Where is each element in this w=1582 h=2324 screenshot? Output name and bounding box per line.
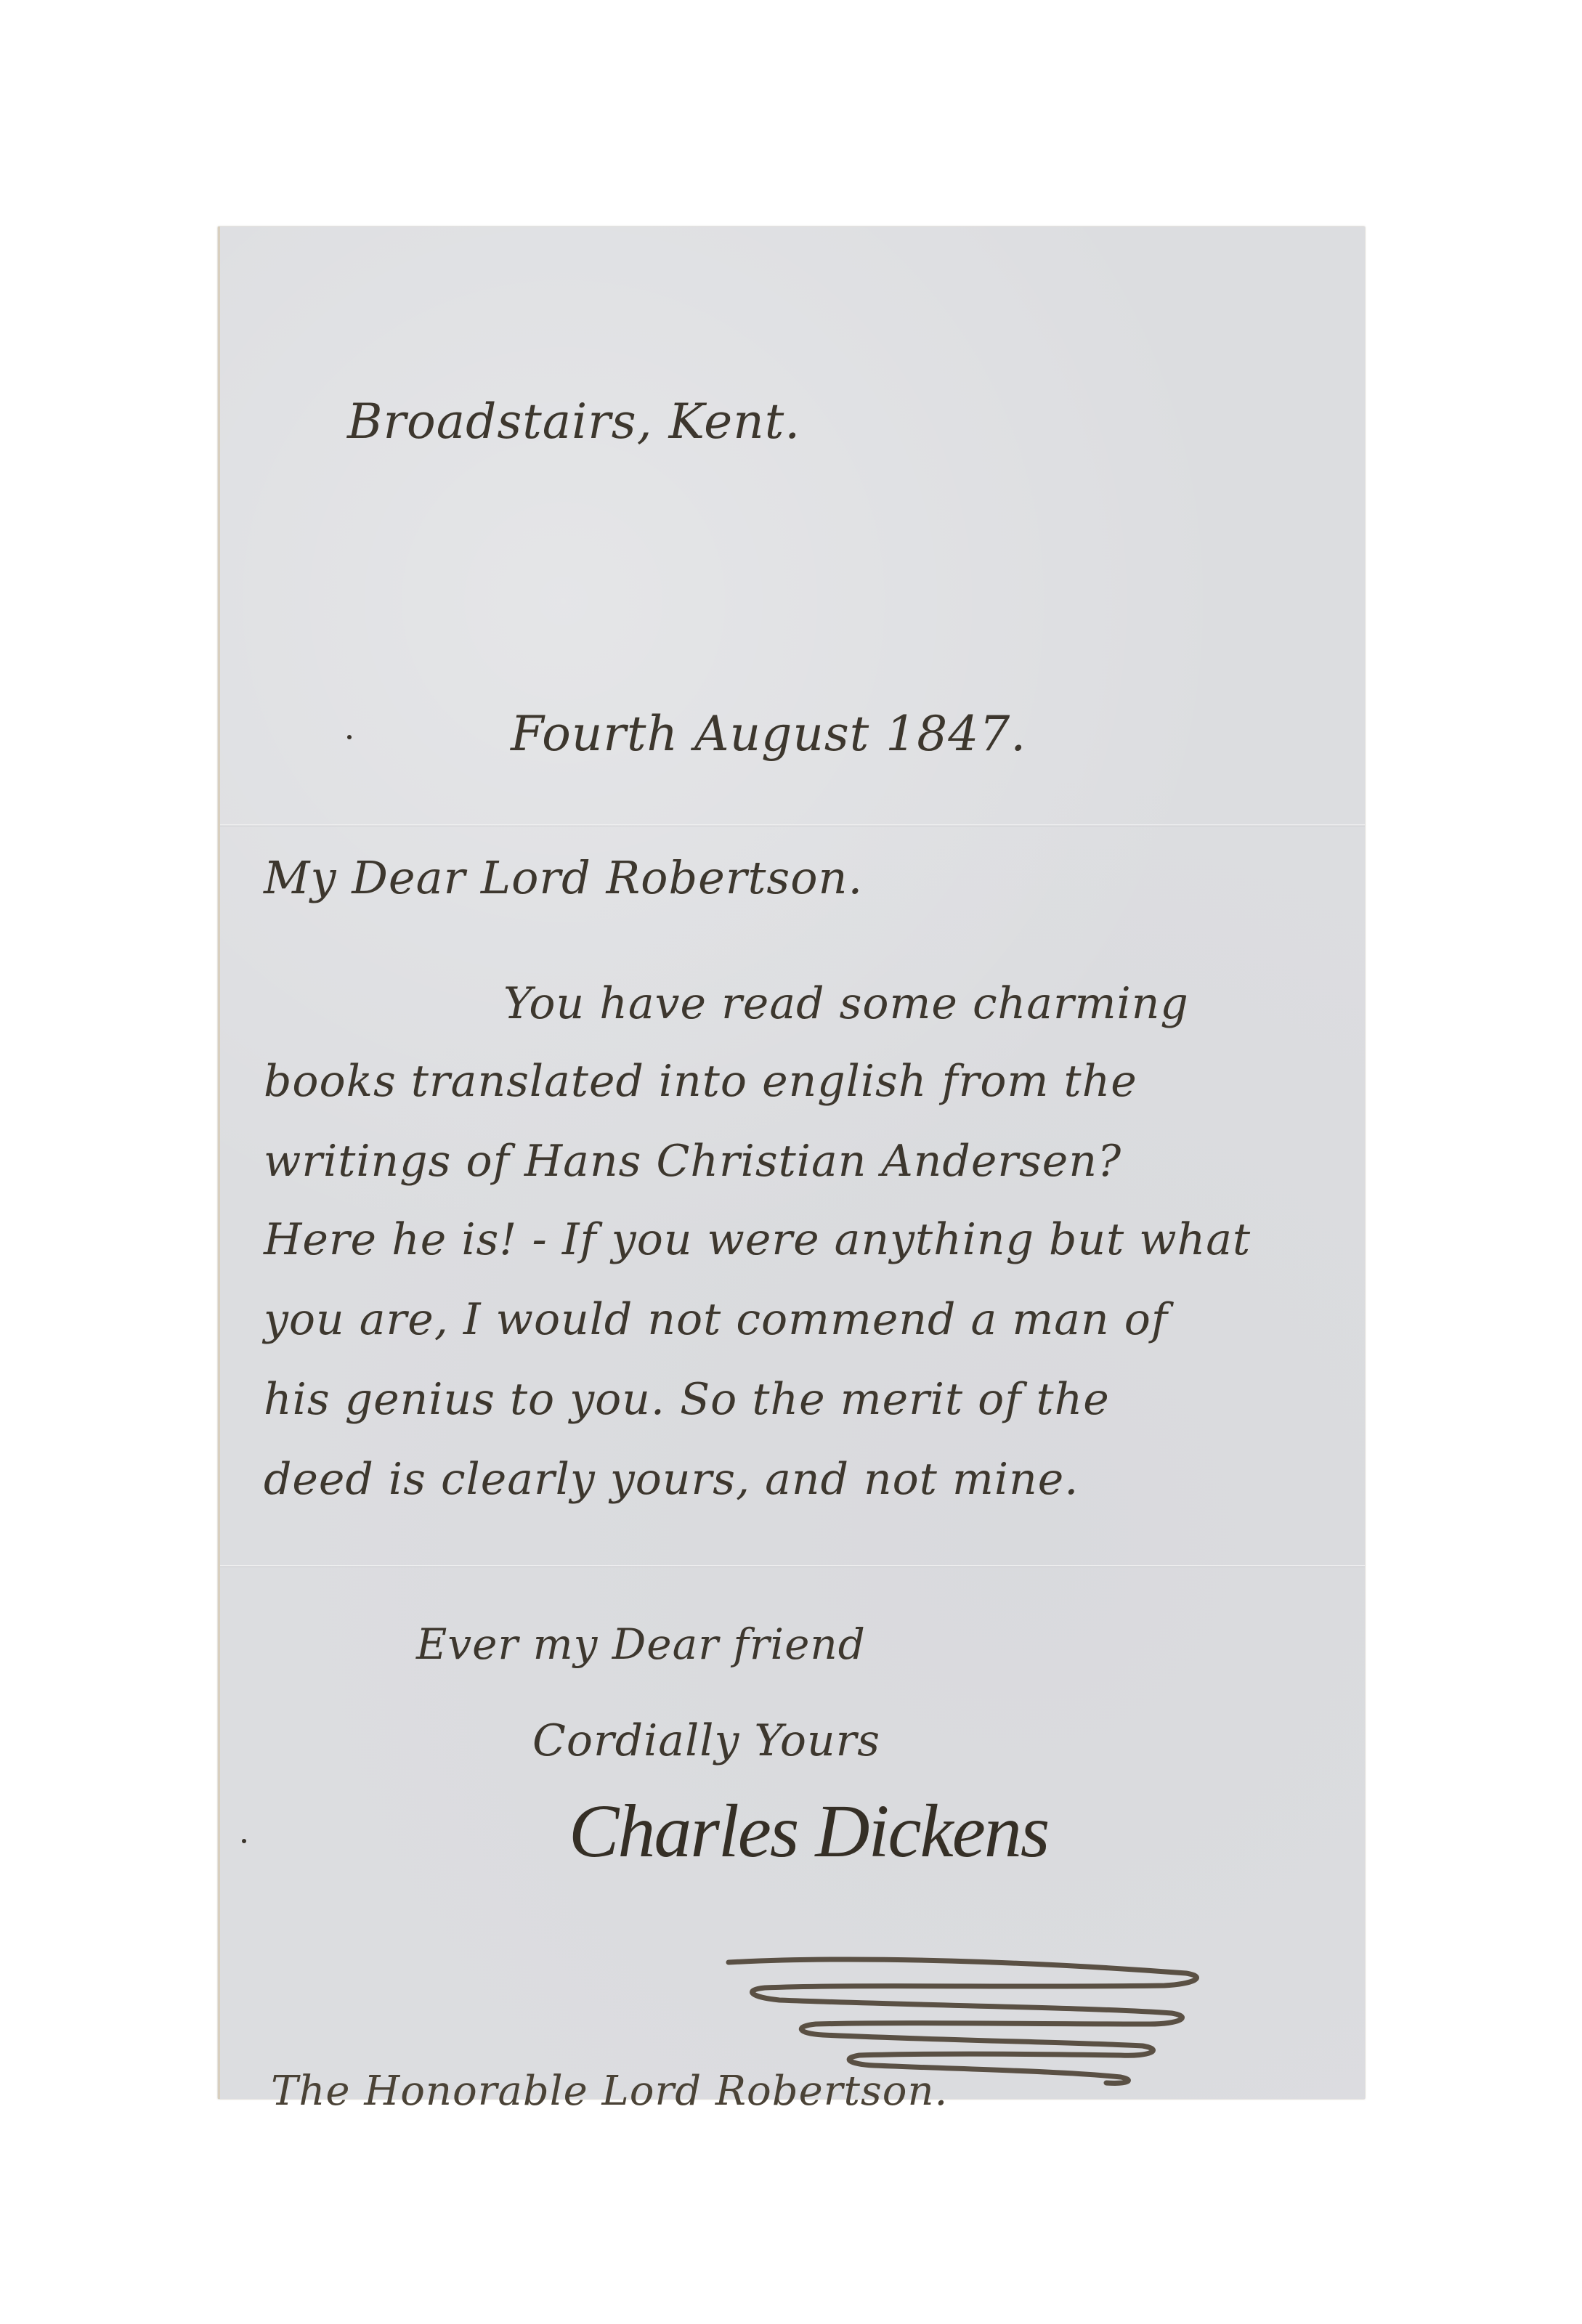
body-line-6: his genius to you. So the merit of the xyxy=(264,1374,1110,1425)
letter-place: Broadstairs, Kent. xyxy=(347,394,800,450)
body-line-2: books translated into english from the xyxy=(264,1056,1137,1107)
closing-line-2: Cordially Yours xyxy=(532,1715,880,1766)
fold-crease-lower xyxy=(220,1565,1365,1567)
signature-flourish-icon xyxy=(714,1955,1237,2086)
body-line-5: you are, I would not commend a man of xyxy=(264,1294,1168,1345)
ink-speck xyxy=(242,1839,246,1843)
body-line-7: deed is clearly yours, and not mine. xyxy=(264,1454,1079,1505)
ink-speck xyxy=(347,735,352,739)
letter-date: Fourth August 1847. xyxy=(511,706,1026,762)
body-line-4: Here he is! - If you were anything but w… xyxy=(264,1214,1251,1265)
signature: Charles Dickens xyxy=(569,1788,1048,1874)
letter-sheet: Broadstairs, Kent. Fourth August 1847. M… xyxy=(218,227,1365,2099)
body-line-1: You have read some charming xyxy=(503,978,1189,1029)
addressee-line: The Honorable Lord Robertson. xyxy=(271,2068,948,2115)
fold-crease-upper xyxy=(220,824,1365,826)
letter-salutation: My Dear Lord Robertson. xyxy=(264,851,863,904)
closing-line-1: Ever my Dear friend xyxy=(416,1620,866,1669)
body-line-3: writings of Hans Christian Andersen? xyxy=(264,1136,1121,1187)
